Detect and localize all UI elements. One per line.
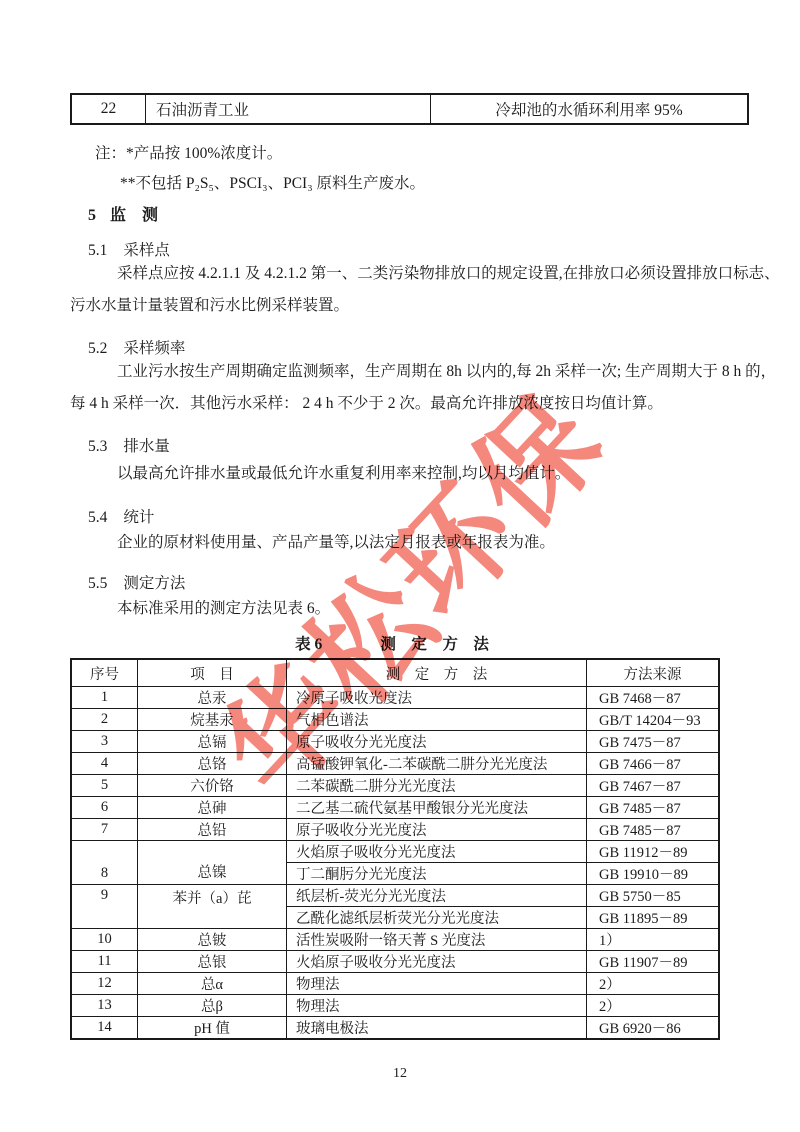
cell-seq-no: 8 [71, 841, 138, 885]
cell-method: 气相色谱法 [287, 709, 587, 731]
cell-source: 2） [587, 973, 720, 995]
section-number: 5.2 [88, 340, 107, 357]
page-number: 12 [0, 1066, 800, 1082]
cell-item: 总汞 [138, 687, 287, 709]
section-number: 5.5 [88, 575, 107, 592]
section-5-4-paragraph: 企业的原材料使用量、产品产量等,以法定月报表或年报表为准。 [70, 527, 714, 559]
paragraph-line: 每 4 h 采样一次．其他污水采样： 2 4 h 不少于 2 次。最高允许排放浓… [70, 388, 714, 420]
cell-method: 乙酰化滤纸层析荧光分光光度法 [287, 907, 587, 929]
header-method: 测 定 方 法 [287, 659, 587, 687]
section-title: 排水量 [123, 438, 170, 455]
cell-source: GB 7485－87 [587, 819, 720, 841]
cell-item: 六价铬 [138, 775, 287, 797]
cell-source: GB 5750－85 [587, 885, 720, 907]
paragraph-line: 本标准采用的测定方法见表 6。 [70, 593, 714, 625]
cell-seq-no: 7 [71, 819, 138, 841]
table6-caption-label: 表 6 [295, 632, 322, 654]
cell-item: 总β [138, 995, 287, 1017]
section-5-1-paragraph: 采样点应按 4.2.1.1 及 4.2.1.2 第一、二类污染物排放口的规定设置… [70, 258, 714, 322]
cell-seq-no: 14 [71, 1017, 138, 1040]
table6-row: 2烷基汞气相色谱法GB/T 14204－93 [71, 709, 719, 731]
table6-row: 1总汞冷原子吸收光度法GB 7468－87 [71, 687, 719, 709]
section-5-1-heading: 5.1采样点 [88, 238, 170, 260]
table6-row: 5六价铬二苯碳酰二肼分光光度法GB 7467－87 [71, 775, 719, 797]
cell-item: 总镍 [138, 841, 287, 885]
table6-row: 3总镉原子吸收分光光度法GB 7475－87 [71, 731, 719, 753]
row-number-cell: 22 [71, 94, 146, 124]
cell-item: 总铬 [138, 753, 287, 775]
cell-source: GB 6920－86 [587, 1017, 720, 1040]
table6-body: 1总汞冷原子吸收光度法GB 7468－872烷基汞气相色谱法GB/T 14204… [71, 687, 719, 1040]
table6-row: 11总银火焰原子吸收分光光度法GB 11907－89 [71, 951, 719, 973]
cell-item: 总铍 [138, 929, 287, 951]
cell-source: GB/T 14204－93 [587, 709, 720, 731]
measurement-methods-table: 序号 项 目 测 定 方 法 方法来源 1总汞冷原子吸收光度法GB 7468－8… [70, 658, 720, 1040]
cell-method: 物理法 [287, 973, 587, 995]
table6-caption-title: 测 定 方 法 [380, 632, 489, 654]
cell-item: 总银 [138, 951, 287, 973]
cell-source: GB 7466－87 [587, 753, 720, 775]
cell-method: 二苯碳酰二肼分光光度法 [287, 775, 587, 797]
cell-source: GB 7485－87 [587, 797, 720, 819]
cell-method: 二乙基二硫代氨基甲酸银分光光度法 [287, 797, 587, 819]
table6-row: 10总铍活性炭吸附一铬天菁 S 光度法1） [71, 929, 719, 951]
paragraph-line: 工业污水按生产周期确定监测频率，生产周期在 8h 以内的,每 2h 采样一次; … [70, 356, 714, 388]
cell-source: GB 11895－89 [587, 907, 720, 929]
cell-method: 原子吸收分光光度法 [287, 731, 587, 753]
section-5-2-paragraph: 工业污水按生产周期确定监测频率，生产周期在 8h 以内的,每 2h 采样一次; … [70, 356, 714, 420]
note-line-1: 注：*产品按 100%浓度计。 [95, 141, 282, 163]
paragraph-line: 企业的原材料使用量、产品产量等,以法定月报表或年报表为准。 [70, 527, 714, 559]
table6-row: 9苯并（a）芘纸层析-荧光分光光度法GB 5750－85 [71, 885, 719, 907]
section-title: 统计 [123, 509, 154, 526]
section-5-heading: 5监 测 [88, 202, 158, 225]
industry-cell: 石油沥青工业 [146, 94, 431, 124]
cell-seq-no: 10 [71, 929, 138, 951]
section-5-2-heading: 5.2采样频率 [88, 336, 185, 358]
document-page: 22 石油沥青工业 冷却池的水循环利用率 95% 注：*产品按 100%浓度计。… [0, 0, 800, 1132]
section-title: 监 测 [110, 207, 158, 224]
table6-row: 14pH 值玻璃电极法GB 6920－86 [71, 1017, 719, 1040]
table6-row: 6总砷二乙基二硫代氨基甲酸银分光光度法GB 7485－87 [71, 797, 719, 819]
cell-source: GB 7475－87 [587, 731, 720, 753]
table6-header-row: 序号 项 目 测 定 方 法 方法来源 [71, 659, 719, 687]
industry-requirement-table: 22 石油沥青工业 冷却池的水循环利用率 95% [70, 93, 749, 125]
section-title: 采样点 [123, 242, 170, 259]
cell-seq-no: 5 [71, 775, 138, 797]
paragraph-line: 以最高允许排水量或最低允许水重复利用率来控制,均以月均值计。 [70, 458, 714, 490]
table-row: 22 石油沥青工业 冷却池的水循环利用率 95% [71, 94, 748, 124]
cell-seq-no: 13 [71, 995, 138, 1017]
cell-method: 冷原子吸收光度法 [287, 687, 587, 709]
requirement-cell: 冷却池的水循环利用率 95% [431, 94, 749, 124]
cell-source: GB 11907－89 [587, 951, 720, 973]
section-number: 5.3 [88, 438, 107, 455]
section-title: 采样频率 [123, 340, 185, 357]
cell-seq-no: 3 [71, 731, 138, 753]
cell-item: pH 值 [138, 1017, 287, 1040]
cell-seq-no: 2 [71, 709, 138, 731]
table6-row: 12总α物理法2） [71, 973, 719, 995]
table6-row: 7总铅原子吸收分光光度法GB 7485－87 [71, 819, 719, 841]
cell-seq-no: 11 [71, 951, 138, 973]
paragraph-line: 采样点应按 4.2.1.1 及 4.2.1.2 第一、二类污染物排放口的规定设置… [70, 258, 714, 290]
cell-seq-no: 9 [71, 885, 138, 929]
section-number: 5.4 [88, 509, 107, 526]
cell-source: 2） [587, 995, 720, 1017]
note-line-2: **不包括 P₂S₅、PSCI₃、PCI₃ 原料生产废水。 [120, 171, 425, 193]
cell-item: 总铅 [138, 819, 287, 841]
cell-item: 总α [138, 973, 287, 995]
cell-method: 物理法 [287, 995, 587, 1017]
cell-method: 丁二酮肟分光光度法 [287, 863, 587, 885]
section-5-3-heading: 5.3排水量 [88, 434, 170, 456]
section-5-3-paragraph: 以最高允许排水量或最低允许水重复利用率来控制,均以月均值计。 [70, 458, 714, 490]
cell-source: GB 7468－87 [587, 687, 720, 709]
cell-item: 总砷 [138, 797, 287, 819]
section-number: 5 [88, 207, 96, 224]
cell-method: 活性炭吸附一铬天菁 S 光度法 [287, 929, 587, 951]
table6-row: 8总镍火焰原子吸收分光光度法GB 11912－89 [71, 841, 719, 863]
cell-source: 1） [587, 929, 720, 951]
table6-row: 4总铬高锰酸钾氧化-二苯碳酰二肼分光光度法GB 7466－87 [71, 753, 719, 775]
section-number: 5.1 [88, 242, 107, 259]
cell-method: 原子吸收分光光度法 [287, 819, 587, 841]
section-5-4-heading: 5.4统计 [88, 505, 154, 527]
cell-method: 火焰原子吸收分光光度法 [287, 841, 587, 863]
cell-method: 火焰原子吸收分光光度法 [287, 951, 587, 973]
section-title: 测定方法 [123, 575, 185, 592]
header-source: 方法来源 [587, 659, 720, 687]
cell-seq-no: 12 [71, 973, 138, 995]
cell-method: 纸层析-荧光分光光度法 [287, 885, 587, 907]
header-no: 序号 [71, 659, 138, 687]
cell-source: GB 7467－87 [587, 775, 720, 797]
cell-source: GB 11912－89 [587, 841, 720, 863]
cell-seq-no: 1 [71, 687, 138, 709]
table6-row: 13总β物理法2） [71, 995, 719, 1017]
cell-seq-no: 4 [71, 753, 138, 775]
table6-caption: 表 6测 定 方 法 [70, 632, 714, 654]
cell-source: GB 19910－89 [587, 863, 720, 885]
cell-item: 苯并（a）芘 [138, 885, 287, 929]
header-item: 项 目 [138, 659, 287, 687]
cell-method: 高锰酸钾氧化-二苯碳酰二肼分光光度法 [287, 753, 587, 775]
cell-method: 玻璃电极法 [287, 1017, 587, 1040]
cell-item: 烷基汞 [138, 709, 287, 731]
section-5-5-heading: 5.5测定方法 [88, 571, 185, 593]
section-5-5-paragraph: 本标准采用的测定方法见表 6。 [70, 593, 714, 625]
paragraph-line: 污水水量计量装置和污水比例采样装置。 [70, 290, 714, 322]
cell-seq-no: 6 [71, 797, 138, 819]
cell-item: 总镉 [138, 731, 287, 753]
